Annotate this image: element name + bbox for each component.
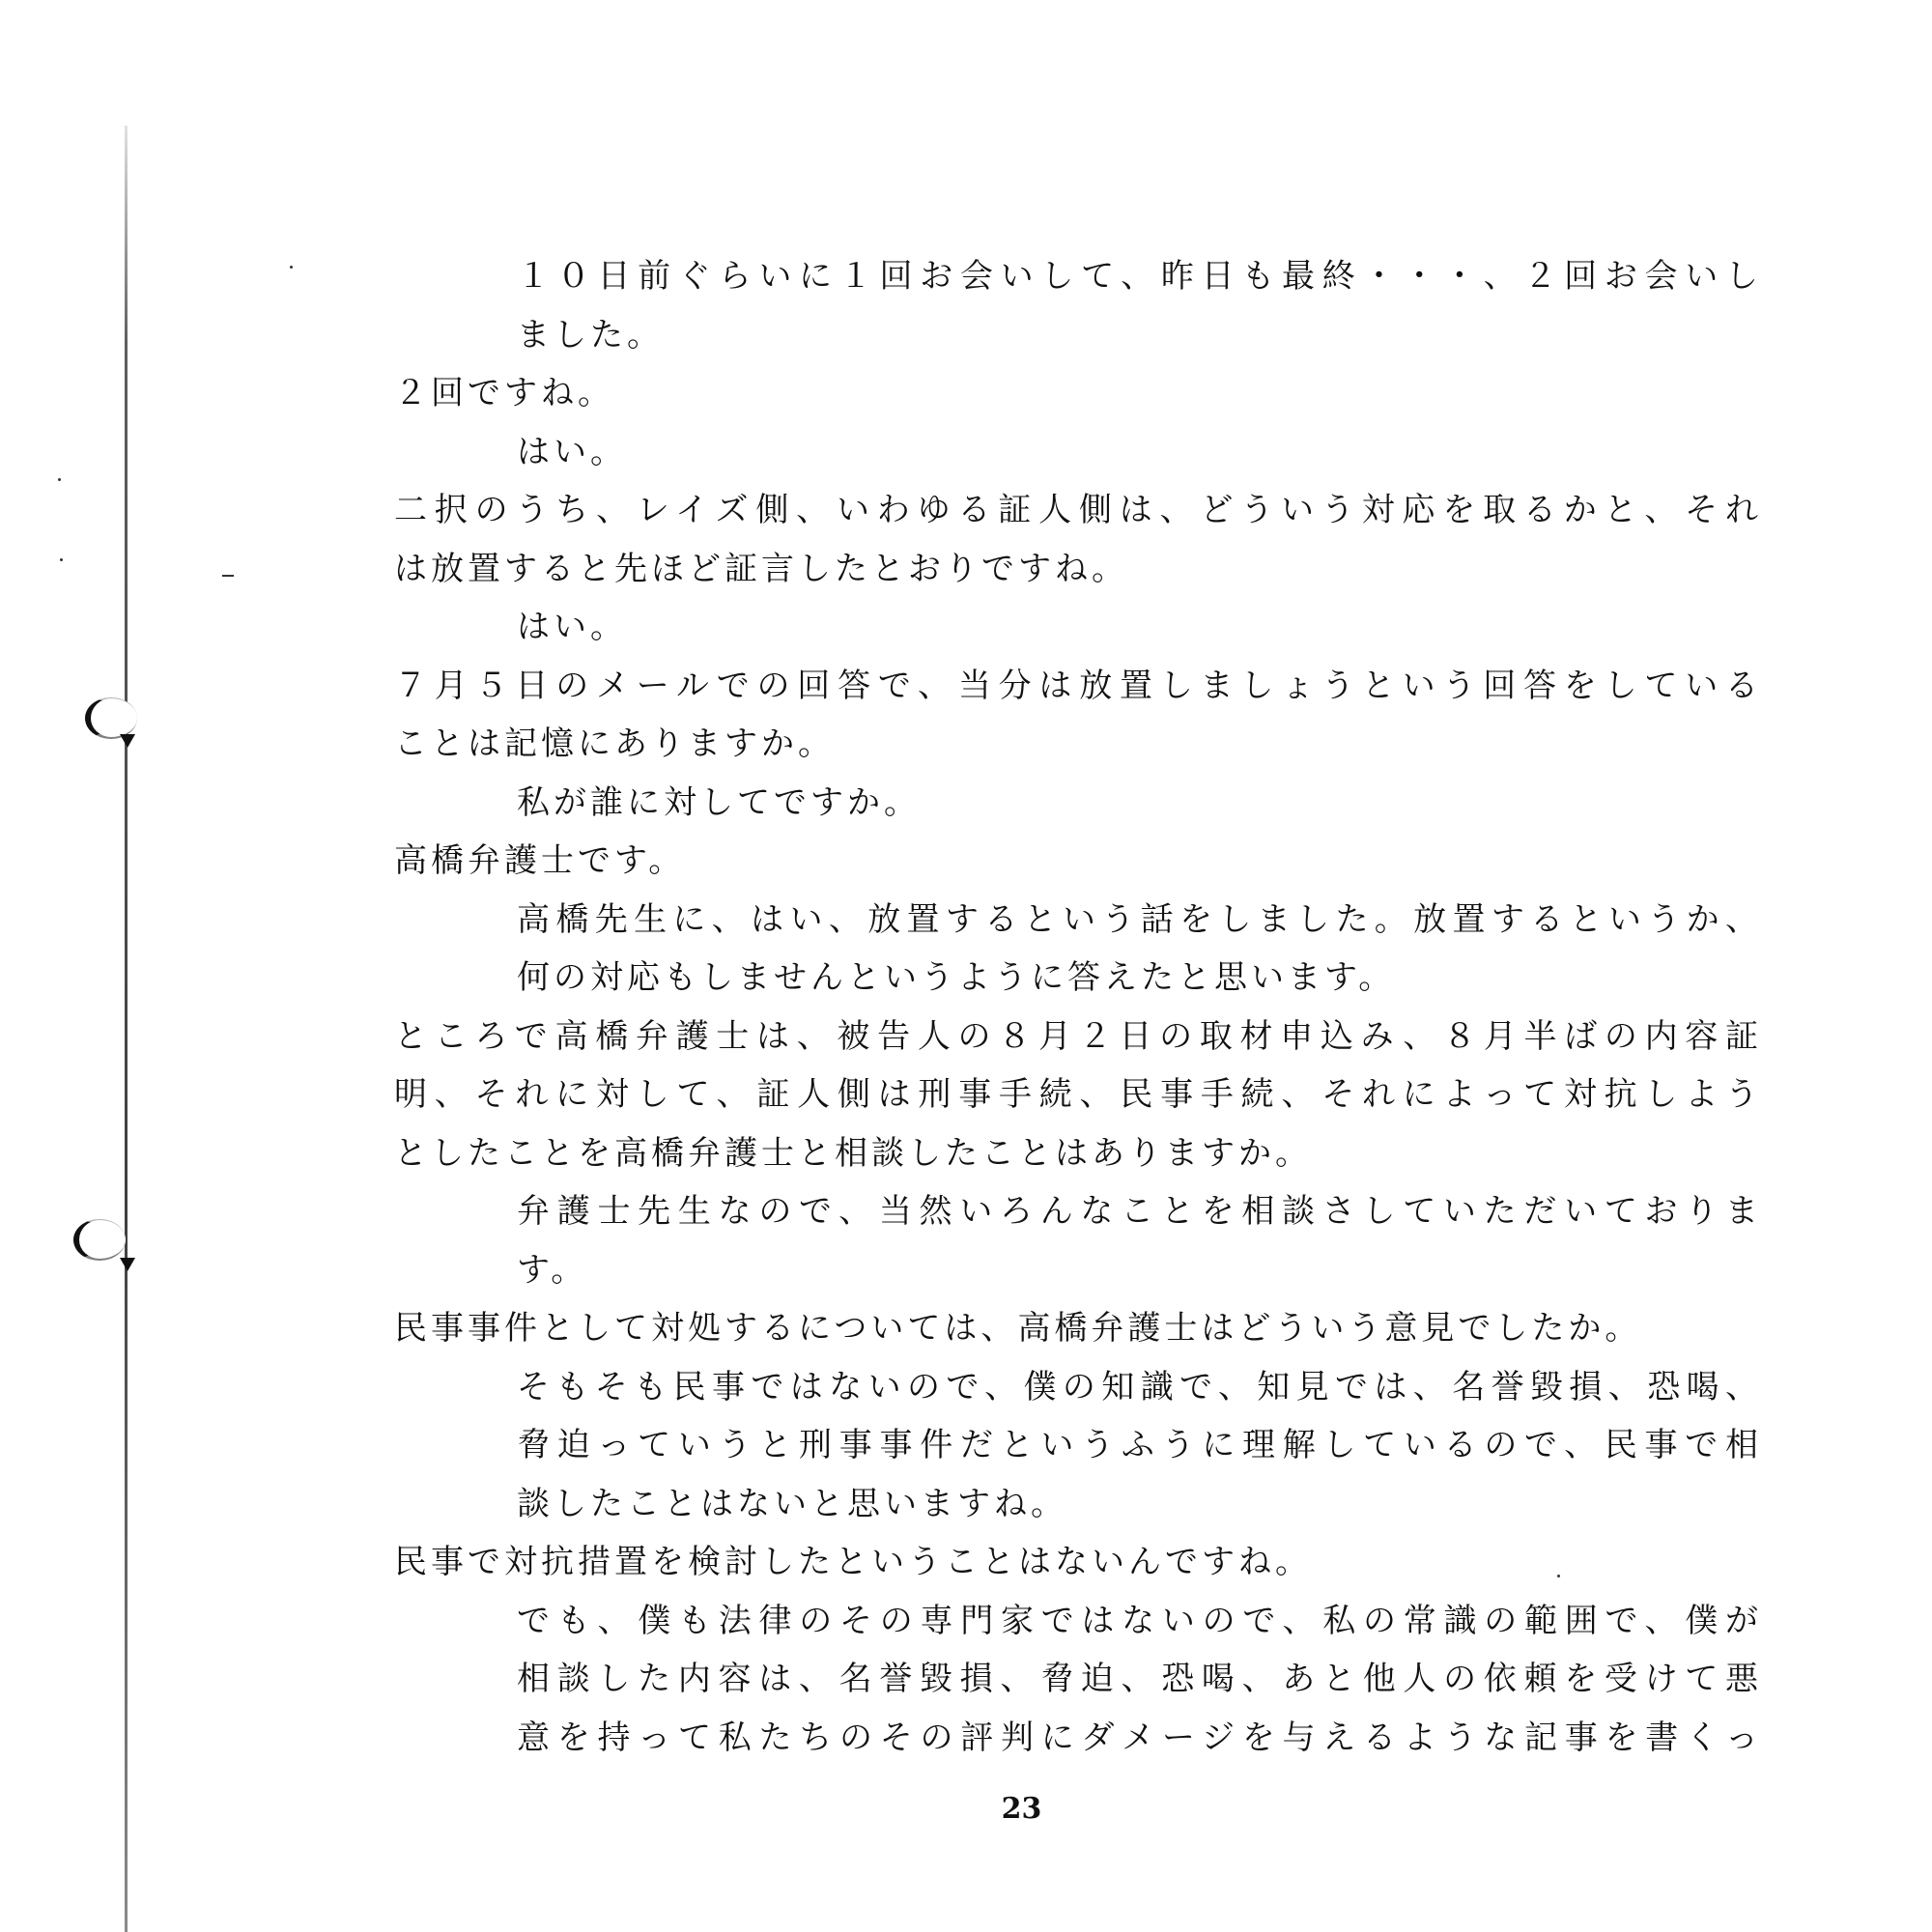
answer-line: １０日前ぐらいに１回お会いして、昨日も最終・・・、２回お会いし [394,247,1761,306]
question-line: は放置すると先ほど証言したとおりですね。 [394,540,1761,599]
question-line: ２回ですね。 [394,364,1761,423]
answer-line: そもそも民事ではないので、僕の知識で、知見では、名誉毀損、恐喝、 [394,1358,1761,1417]
page-number: 23 [0,1792,1932,1826]
scan-speck [60,558,63,561]
answer-line: はい。 [394,598,1761,657]
binding-margin-line [125,126,128,1932]
question-line: 高橋弁護士です。 [394,832,1761,891]
answer-line: はい。 [394,423,1761,482]
question-line: 民事で対抗措置を検討したということはないんですね。 [394,1533,1761,1592]
scan-speck [290,266,293,269]
answer-line: 相談した内容は、名誉毀損、脅迫、恐喝、あと他人の依頼を受けて悪 [394,1650,1761,1709]
punch-hole-icon [85,697,137,739]
punch-hole-icon [73,1219,126,1261]
answer-line: 意を持って私たちのその評判にダメージを与えるような記事を書くっ [394,1709,1761,1768]
answer-line: 脅迫っていうと刑事事件だというふうに理解しているので、民事で相 [394,1416,1761,1475]
question-line: ７月５日のメールでの回答で、当分は放置しましょうという回答をしている [394,657,1761,716]
answer-line: でも、僕も法律のその専門家ではないので、私の常識の範囲で、僕が [394,1592,1761,1651]
question-line: ところで高橋弁護士は、被告人の８月２日の取材申込み、８月半ばの内容証 [394,1008,1761,1066]
answer-line: 私が誰に対してですか。 [394,774,1761,833]
question-line: 二択のうち、レイズ側、いわゆる証人側は、どういう対応を取るかと、それ [394,481,1761,540]
punch-hole-tab-icon [120,734,135,748]
scanned-page: １０日前ぐらいに１回お会いして、昨日も最終・・・、２回お会いし ました。 ２回で… [0,0,1932,1932]
question-line: 明、それに対して、証人側は刑事手続、民事手続、それによって対抗しよう [394,1065,1761,1124]
transcript-body: １０日前ぐらいに１回お会いして、昨日も最終・・・、２回お会いし ました。 ２回で… [394,247,1761,1767]
answer-line: 何の対応もしませんというように答えたと思います。 [394,949,1761,1008]
answer-line: ました。 [394,306,1761,365]
scan-speck [58,478,61,481]
punch-hole-tab-icon [120,1258,135,1271]
answer-line: 高橋先生に、はい、放置するという話をしました。放置するというか、 [394,891,1761,950]
answer-line: す。 [394,1241,1761,1300]
question-line: ことは記憶にありますか。 [394,715,1761,774]
question-line: としたことを高橋弁護士と相談したことはありますか。 [394,1124,1761,1183]
scan-speck [222,575,234,577]
answer-line: 談したことはないと思いますね。 [394,1475,1761,1534]
question-line: 民事事件として対処するについては、高橋弁護士はどういう意見でしたか。 [394,1299,1761,1358]
answer-line: 弁護士先生なので、当然いろんなことを相談さしていただいておりま [394,1182,1761,1241]
